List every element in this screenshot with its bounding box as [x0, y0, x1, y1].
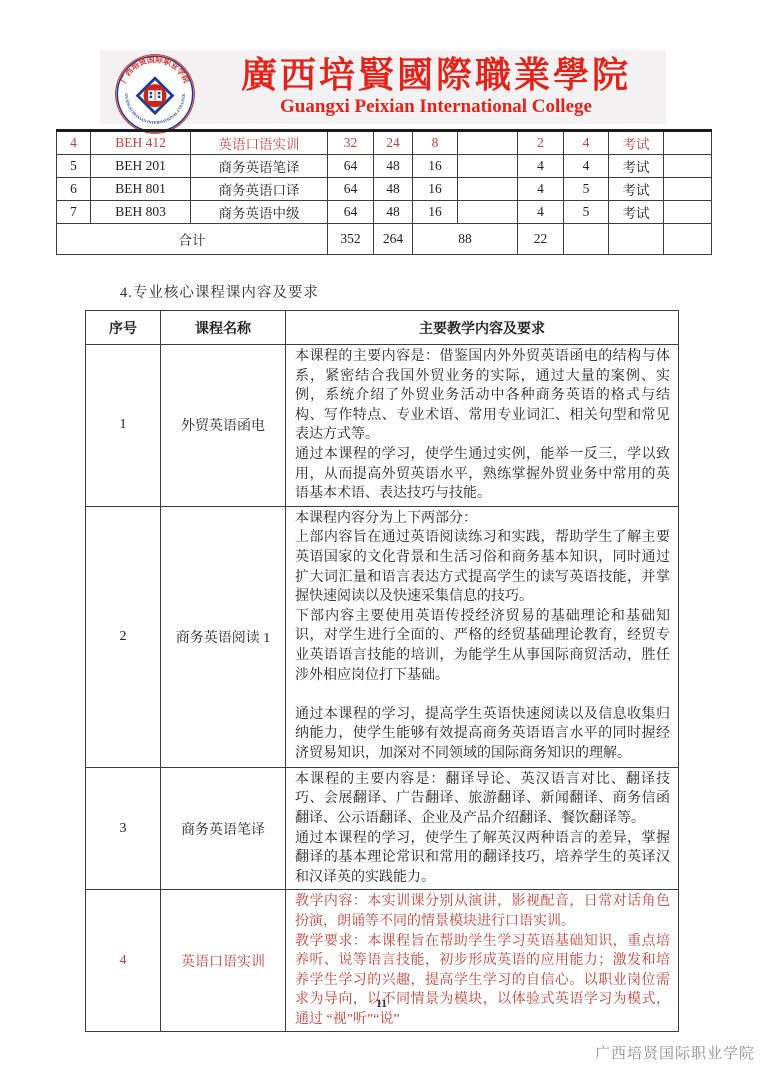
summary-cell: 2 — [518, 131, 564, 155]
core-course-row: 2商务英语阅读 1本课程内容分为上下两部分：上部内容旨在通过英语阅读练习和实践，… — [86, 506, 679, 767]
summary-total-cell: 88 — [413, 224, 518, 255]
summary-cell: 16 — [413, 155, 458, 178]
summary-cell: 4 — [518, 201, 564, 224]
core-table-header-cell: 序号 — [86, 311, 161, 345]
summary-cell: 16 — [413, 178, 458, 201]
summary-cell — [664, 131, 712, 155]
course-content-paragraph: 通过本课程的学习，使学生通过实例，能举一反三，学以致用，从而提高外贸英语水平，熟… — [295, 445, 670, 504]
summary-cell — [664, 201, 712, 224]
summary-cell: 7 — [57, 201, 91, 224]
college-name-english: Guangxi Peixian International College — [212, 96, 660, 118]
summary-cell — [458, 178, 518, 201]
college-header: 广西培贤国际职业学院 GUANGXI PEIXIAN INTERNATIONAL… — [100, 50, 666, 124]
summary-cell — [664, 178, 712, 201]
course-number-cell: 2 — [86, 506, 161, 767]
summary-cell: 16 — [413, 201, 458, 224]
summary-total-cell — [664, 224, 712, 255]
summary-cell — [664, 155, 712, 178]
summary-total-cell — [564, 224, 609, 255]
college-name-chinese: 廣西培賢國際職業學院 — [212, 54, 660, 96]
summary-cell: 5 — [564, 201, 609, 224]
core-table-header-row: 序号课程名称主要教学内容及要求 — [86, 311, 679, 345]
course-content-paragraph: 教学要求：本课程旨在帮助学生学习英语基础知识，重点培养听、说等语言技能，初步形成… — [295, 932, 670, 1030]
course-content-paragraph: 教学内容：本实训课分别从演讲，影视配音，日常对话角色扮演，朗诵等不同的情景模块进… — [295, 892, 670, 931]
summary-cell: 商务英语笔译 — [191, 155, 328, 178]
core-course-table: 序号课程名称主要教学内容及要求 1外贸英语函电本课程的主要内容是：借鉴国内外外贸… — [85, 310, 679, 1032]
summary-cell: 8 — [413, 131, 458, 155]
summary-total-cell: 264 — [374, 224, 413, 255]
summary-cell: 考试 — [609, 178, 664, 201]
summary-cell: BEH 801 — [91, 178, 191, 201]
summary-cell: 48 — [374, 178, 413, 201]
summary-cell: 4 — [57, 131, 91, 155]
course-content-paragraph: 本课程的主要内容是：翻译导论、英汉语言对比、翻译技巧、会展翻译、广告翻译、旅游翻… — [295, 770, 670, 829]
summary-cell: 考试 — [609, 201, 664, 224]
course-content-paragraph: 通过本课程的学习，使学生了解英汉两种语言的差异，掌握翻译的基本理论常识和常用的翻… — [295, 829, 670, 888]
summary-cell: 64 — [328, 155, 374, 178]
core-course-row: 3商务英语笔译本课程的主要内容是：翻译导论、英汉语言对比、翻译技巧、会展翻译、广… — [86, 767, 679, 890]
summary-row: 7BEH 803商务英语中级64481645考试 — [57, 201, 712, 224]
course-content-cell: 本课程的主要内容是：翻译导论、英汉语言对比、翻译技巧、会展翻译、广告翻译、旅游翻… — [286, 767, 679, 890]
summary-cell: 32 — [328, 131, 374, 155]
summary-cell: 64 — [328, 201, 374, 224]
section-heading: 4.专业核心课程课内容及要求 — [120, 281, 319, 302]
summary-cell — [458, 201, 518, 224]
summary-cell: 商务英语口译 — [191, 178, 328, 201]
summary-cell: 48 — [374, 201, 413, 224]
course-content-paragraph: 上部内容旨在通过英语阅读练习和实践，帮助学生了解主要英语国家的文化背景和生活习俗… — [295, 528, 670, 606]
logo-red-disc — [144, 84, 167, 107]
college-logo-emblem: 广西培贤国际职业学院 GUANGXI PEIXIAN INTERNATIONAL… — [114, 53, 196, 135]
summary-cell: 6 — [57, 178, 91, 201]
document-page: 广西培贤国际职业学院 GUANGXI PEIXIAN INTERNATIONAL… — [0, 0, 763, 1080]
summary-cell: 5 — [57, 155, 91, 178]
summary-total-cell: 合计 — [57, 224, 328, 255]
course-summary-table: 4BEH 412英语口语实训3224824考试5BEH 201商务英语笔译644… — [56, 129, 712, 255]
course-name-cell: 商务英语笔译 — [161, 767, 286, 890]
summary-cell: 4 — [564, 131, 609, 155]
summary-total-cell: 352 — [328, 224, 374, 255]
summary-cell: 4 — [564, 155, 609, 178]
summary-row: 5BEH 201商务英语笔译64481644考试 — [57, 155, 712, 178]
summary-row: 6BEH 801商务英语口译64481645考试 — [57, 178, 712, 201]
summary-cell: 考试 — [609, 131, 664, 155]
summary-total-cell: 22 — [518, 224, 564, 255]
course-content-cell: 本课程内容分为上下两部分：上部内容旨在通过英语阅读练习和实践，帮助学生了解主要英… — [286, 506, 679, 767]
footer-watermark: 广西培贤国际职业学院 — [595, 1042, 755, 1063]
core-course-row: 1外贸英语函电本课程的主要内容是：借鉴国内外外贸英语函电的结构与体系，紧密结合我… — [86, 345, 679, 507]
summary-cell: 商务英语中级 — [191, 201, 328, 224]
course-content-paragraph: 通过本课程的学习，提高学生英语快速阅读以及信息收集归纳能力，使学生能够有效提高商… — [295, 705, 670, 764]
summary-total-cell — [609, 224, 664, 255]
summary-cell: BEH 201 — [91, 155, 191, 178]
summary-cell — [458, 131, 518, 155]
summary-row: 4BEH 412英语口语实训3224824考试 — [57, 131, 712, 155]
summary-cell: BEH 803 — [91, 201, 191, 224]
summary-cell: 4 — [518, 155, 564, 178]
summary-cell: BEH 412 — [91, 131, 191, 155]
summary-cell: 考试 — [609, 155, 664, 178]
summary-cell: 4 — [518, 178, 564, 201]
summary-total-row: 合计3522648822 — [57, 224, 712, 255]
course-content-paragraph: 本课程的主要内容是：借鉴国内外外贸英语函电的结构与体系，紧密结合我国外贸业务的实… — [295, 347, 670, 445]
college-titles: 廣西培賢國際職業學院 Guangxi Peixian International… — [212, 54, 660, 118]
summary-cell: 48 — [374, 155, 413, 178]
course-content-paragraph: 本课程内容分为上下两部分： — [295, 509, 670, 529]
summary-cell: 英语口语实训 — [191, 131, 328, 155]
course-content-paragraph — [295, 685, 670, 705]
core-table-header-cell: 课程名称 — [161, 311, 286, 345]
course-content-cell: 本课程的主要内容是：借鉴国内外外贸英语函电的结构与体系，紧密结合我国外贸业务的实… — [286, 345, 679, 507]
course-content-paragraph: 下部内容主要使用英语传授经济贸易的基础理论和基础知识，对学生进行全面的、严格的经… — [295, 607, 670, 685]
summary-cell: 24 — [374, 131, 413, 155]
page-number: 11 — [85, 996, 678, 1011]
summary-cell: 5 — [564, 178, 609, 201]
college-logo: 广西培贤国际职业学院 GUANGXI PEIXIAN INTERNATIONAL… — [114, 53, 196, 135]
core-table-header-cell: 主要教学内容及要求 — [286, 311, 679, 345]
course-name-cell: 外贸英语函电 — [161, 345, 286, 507]
course-number-cell: 3 — [86, 767, 161, 890]
summary-cell — [458, 155, 518, 178]
course-name-cell: 商务英语阅读 1 — [161, 506, 286, 767]
course-number-cell: 1 — [86, 345, 161, 507]
summary-cell: 64 — [328, 178, 374, 201]
